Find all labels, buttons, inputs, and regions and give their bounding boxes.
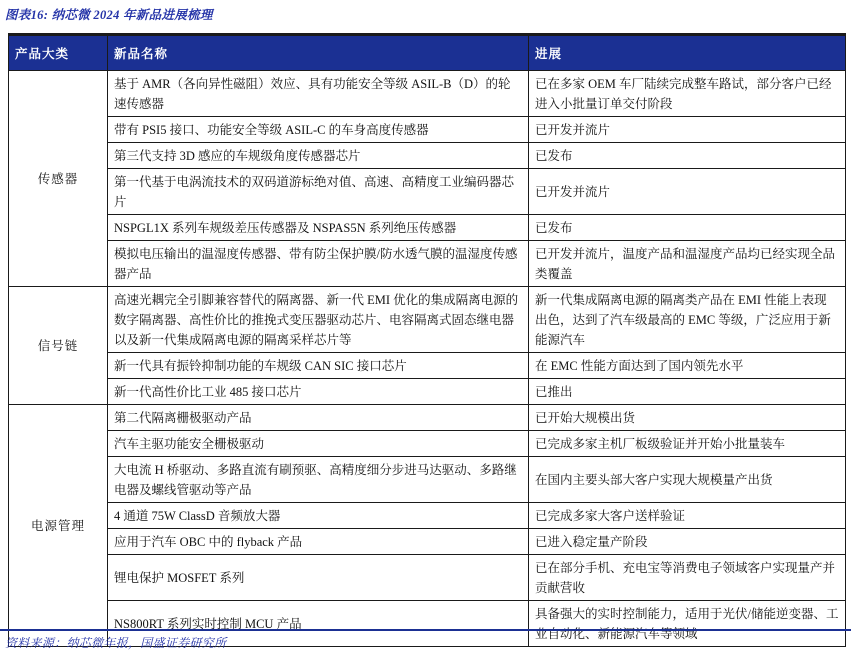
table-row: 电源管理第二代隔离栅极驱动产品已开始大规模出货 <box>9 405 846 431</box>
product-name-cell: NSPGL1X 系列车规级差压传感器及 NSPAS5N 系列绝压传感器 <box>108 215 529 241</box>
progress-cell: 已开发并流片，温度产品和温湿度产品均已经实现全品类覆盖 <box>529 241 846 287</box>
table-row: NSPGL1X 系列车规级差压传感器及 NSPAS5N 系列绝压传感器已发布 <box>9 215 846 241</box>
table-row: 新一代具有振铃抑制功能的车规级 CAN SIC 接口芯片在 EMC 性能方面达到… <box>9 353 846 379</box>
product-name-cell: 第一代基于电涡流技术的双码道游标绝对值、高速、高精度工业编码器芯片 <box>108 169 529 215</box>
product-name-cell: 模拟电压输出的温湿度传感器、带有防尘保护膜/防水透气膜的温湿度传感器产品 <box>108 241 529 287</box>
category-cell: 信号链 <box>9 287 108 405</box>
table-row: 传感器基于 AMR（各向异性磁阻）效应、具有功能安全等级 ASIL-B（D）的轮… <box>9 71 846 117</box>
product-name-cell: 4 通道 75W ClassD 音频放大器 <box>108 503 529 529</box>
progress-cell: 已在部分手机、充电宝等消费电子领域客户实现量产并贡献营收 <box>529 555 846 601</box>
table-row: 锂电保护 MOSFET 系列已在部分手机、充电宝等消费电子领域客户实现量产并贡献… <box>9 555 846 601</box>
progress-cell: 具备强大的实时控制能力，适用于光伏/储能逆变器、工业自动化、新能源汽车等领域 <box>529 601 846 647</box>
product-name-cell: 高速光耦完全引脚兼容替代的隔离器、新一代 EMI 优化的集成隔离电源的数字隔离器… <box>108 287 529 353</box>
progress-cell: 已推出 <box>529 379 846 405</box>
progress-cell: 已完成多家大客户送样验证 <box>529 503 846 529</box>
product-name-cell: 应用于汽车 OBC 中的 flyback 产品 <box>108 529 529 555</box>
footer-divider <box>0 629 851 631</box>
product-name-cell: 第二代隔离栅极驱动产品 <box>108 405 529 431</box>
table-row: 4 通道 75W ClassD 音频放大器已完成多家大客户送样验证 <box>9 503 846 529</box>
category-cell: 传感器 <box>9 71 108 287</box>
header-row: 产品大类 新品名称 进展 <box>9 35 846 71</box>
source-note: 资料来源：纳芯微年报，国盛证券研究所 <box>5 634 226 651</box>
product-name-cell: 锂电保护 MOSFET 系列 <box>108 555 529 601</box>
table-body: 传感器基于 AMR（各向异性磁阻）效应、具有功能安全等级 ASIL-B（D）的轮… <box>9 71 846 647</box>
progress-cell: 在国内主要头部大客户实现大规模量产出货 <box>529 457 846 503</box>
new-product-progress-table: 产品大类 新品名称 进展 传感器基于 AMR（各向异性磁阻）效应、具有功能安全等… <box>8 33 846 647</box>
progress-cell: 在 EMC 性能方面达到了国内领先水平 <box>529 353 846 379</box>
table-row: 第一代基于电涡流技术的双码道游标绝对值、高速、高精度工业编码器芯片已开发并流片 <box>9 169 846 215</box>
product-name-cell: 汽车主驱功能安全栅极驱动 <box>108 431 529 457</box>
progress-cell: 新一代集成隔离电源的隔离类产品在 EMI 性能上表现出色，达到了汽车级最高的 E… <box>529 287 846 353</box>
progress-cell: 已发布 <box>529 143 846 169</box>
progress-cell: 已发布 <box>529 215 846 241</box>
progress-cell: 已完成多家主机厂板级验证并开始小批量装车 <box>529 431 846 457</box>
progress-cell: 已进入稳定量产阶段 <box>529 529 846 555</box>
figure-title: 图表16: 纳芯微 2024 年新品进展梳理 <box>0 0 851 23</box>
product-name-cell: 新一代高性价比工业 485 接口芯片 <box>108 379 529 405</box>
progress-cell: 已开发并流片 <box>529 169 846 215</box>
progress-cell: 已开始大规模出货 <box>529 405 846 431</box>
table-row: 第三代支持 3D 感应的车规级角度传感器芯片已发布 <box>9 143 846 169</box>
table-row: 信号链高速光耦完全引脚兼容替代的隔离器、新一代 EMI 优化的集成隔离电源的数字… <box>9 287 846 353</box>
product-name-cell: 基于 AMR（各向异性磁阻）效应、具有功能安全等级 ASIL-B（D）的轮速传感… <box>108 71 529 117</box>
table-row: 大电流 H 桥驱动、多路直流有刷预驱、高精度细分步进马达驱动、多路继电器及螺线管… <box>9 457 846 503</box>
col-header-product-name: 新品名称 <box>108 35 529 71</box>
product-name-cell: 第三代支持 3D 感应的车规级角度传感器芯片 <box>108 143 529 169</box>
col-header-progress: 进展 <box>529 35 846 71</box>
table-row: 带有 PSI5 接口、功能安全等级 ASIL-C 的车身高度传感器已开发并流片 <box>9 117 846 143</box>
product-name-cell: 新一代具有振铃抑制功能的车规级 CAN SIC 接口芯片 <box>108 353 529 379</box>
table-row: 模拟电压输出的温湿度传感器、带有防尘保护膜/防水透气膜的温湿度传感器产品已开发并… <box>9 241 846 287</box>
report-page: 图表16: 纳芯微 2024 年新品进展梳理 产品大类 新品名称 进展 传感器基… <box>0 0 851 652</box>
table-row: 应用于汽车 OBC 中的 flyback 产品已进入稳定量产阶段 <box>9 529 846 555</box>
table-row: 新一代高性价比工业 485 接口芯片已推出 <box>9 379 846 405</box>
table-header: 产品大类 新品名称 进展 <box>9 35 846 71</box>
product-name-cell: 带有 PSI5 接口、功能安全等级 ASIL-C 的车身高度传感器 <box>108 117 529 143</box>
table-row: 汽车主驱功能安全栅极驱动已完成多家主机厂板级验证并开始小批量装车 <box>9 431 846 457</box>
progress-cell: 已在多家 OEM 车厂陆续完成整车路试，部分客户已经进入小批量订单交付阶段 <box>529 71 846 117</box>
col-header-product-category: 产品大类 <box>9 35 108 71</box>
category-cell: 电源管理 <box>9 405 108 647</box>
product-name-cell: 大电流 H 桥驱动、多路直流有刷预驱、高精度细分步进马达驱动、多路继电器及螺线管… <box>108 457 529 503</box>
progress-cell: 已开发并流片 <box>529 117 846 143</box>
